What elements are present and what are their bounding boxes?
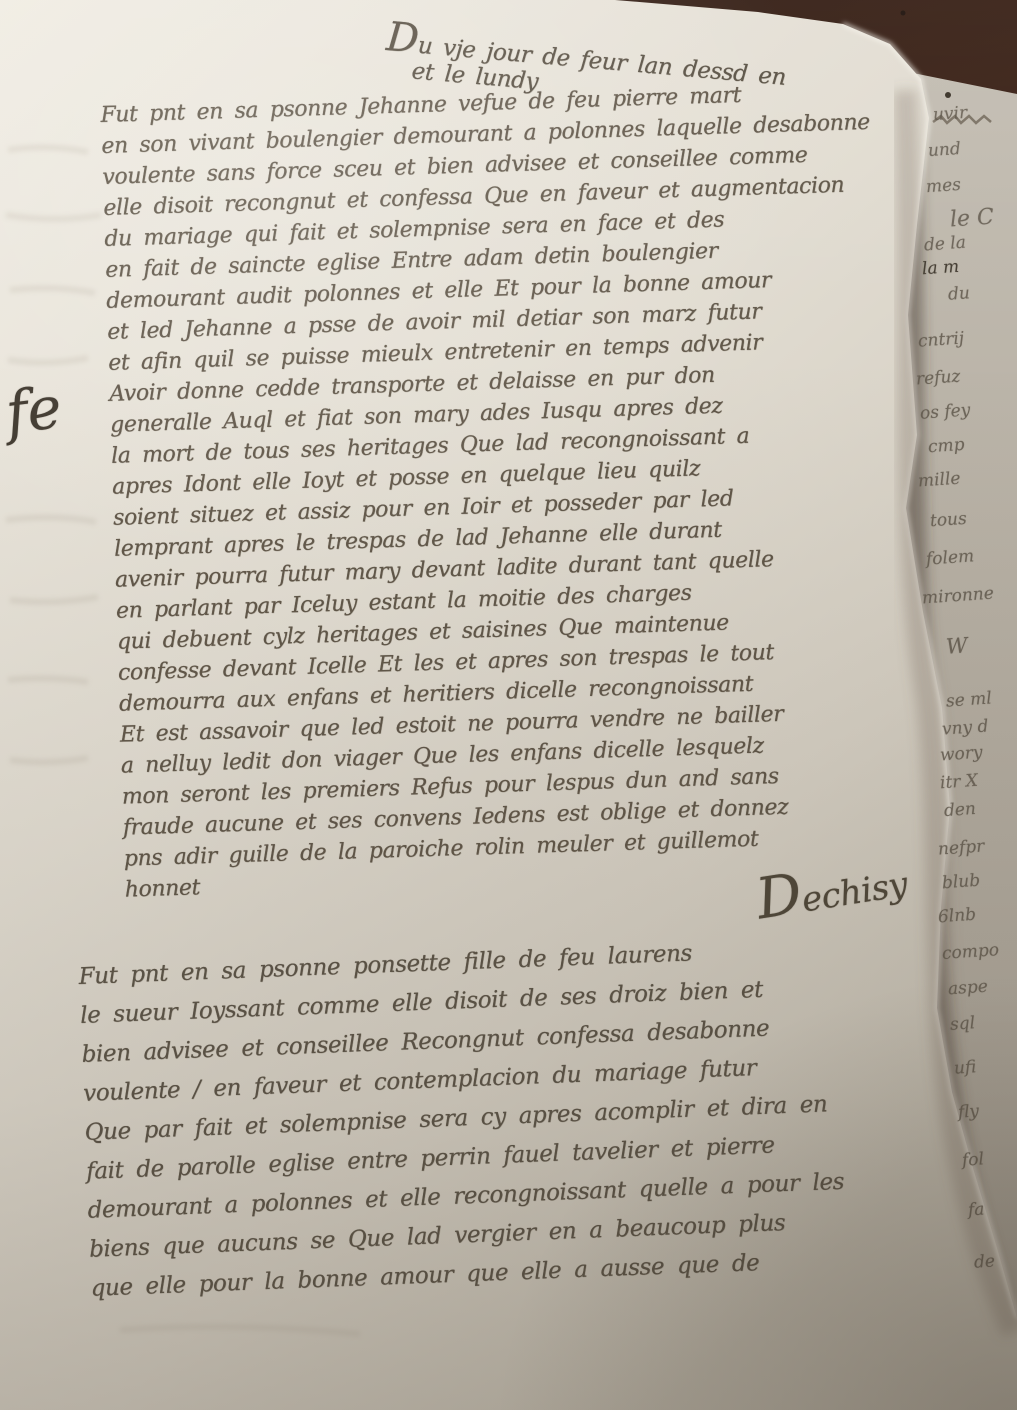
adjacent-page-text-fragment: de la — [923, 233, 966, 256]
adjacent-page-text-fragment: du — [947, 283, 970, 304]
adjacent-page-text-fragment: mes — [925, 175, 961, 197]
adjacent-page-text-fragment: refuz — [915, 366, 961, 389]
adjacent-page-text-fragment: und — [927, 139, 961, 161]
adjacent-page-text-fragment: vny d — [941, 716, 989, 739]
adjacent-page-text-fragment: den — [943, 799, 976, 821]
adjacent-page-text-fragment: compo — [941, 940, 999, 964]
margin-mark: fe — [2, 373, 65, 447]
manuscript-photo: Du vje jour de feur lan dessd en et le l… — [0, 0, 1017, 1410]
adjacent-page-text-fragment: ufi — [953, 1057, 977, 1079]
adjacent-page-text-fragment: os fey — [919, 400, 971, 423]
adjacent-page-text-fragment: folem — [925, 546, 974, 569]
adjacent-page-text-fragment: fol — [961, 1149, 984, 1170]
adjacent-page-text-fragment: blub — [941, 871, 980, 894]
adjacent-page-text-fragment: cmp — [927, 435, 965, 457]
entry2-paragraph: Fut pnt en sa psonne ponsette fille de f… — [78, 924, 981, 1309]
adjacent-page-text-fragment: de — [973, 1251, 995, 1272]
adjacent-page-text-fragment: la m — [921, 257, 959, 280]
adjacent-page-text-fragment: tous — [929, 509, 967, 532]
adjacent-page-text-fragment: 6lnb — [937, 905, 976, 928]
adjacent-page-text-fragment: aspe — [947, 977, 988, 1000]
speck — [945, 92, 951, 98]
adjacent-page-text-fragment: sql — [949, 1013, 975, 1035]
entry1-paragraph: Fut pnt en sa psonne Jehanne vefue de fe… — [100, 74, 937, 905]
adjacent-page-text-fragment: mille — [917, 469, 961, 492]
adjacent-page-text-fragment: se ml — [945, 688, 992, 711]
adjacent-page-text-fragment: uvir — [932, 103, 967, 125]
adjacent-page-text-fragment: itr X — [939, 771, 978, 794]
adjacent-page-text-fragment: fa — [967, 1199, 985, 1220]
adjacent-page-text-fragment: wory — [939, 743, 983, 766]
speck — [901, 11, 906, 16]
adjacent-page-text-fragment: W — [945, 633, 968, 658]
adjacent-page-text-fragment: nefpr — [937, 836, 985, 859]
adjacent-page-text-fragment: le C — [949, 204, 995, 232]
adjacent-page-text-fragment: fly — [957, 1101, 979, 1122]
adjacent-page-text-fragment: cntrij — [917, 328, 964, 351]
